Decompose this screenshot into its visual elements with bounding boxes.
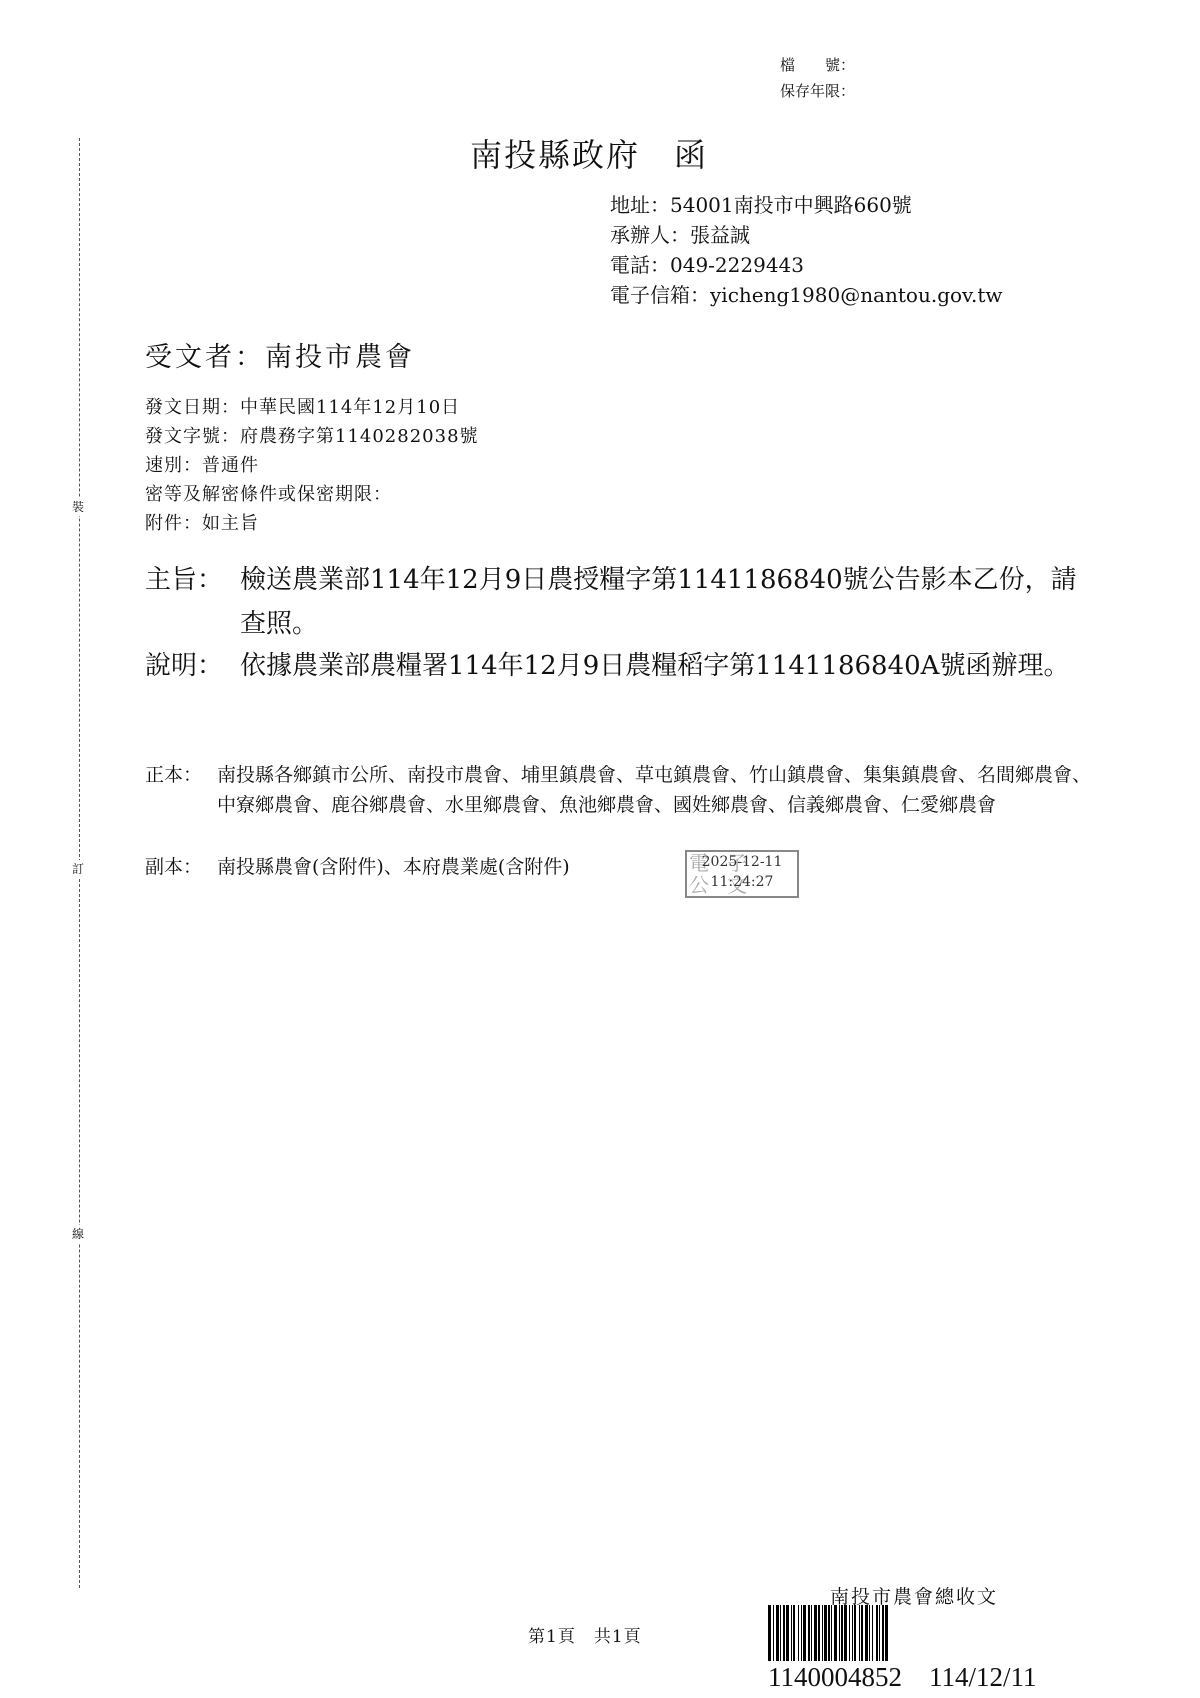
stamp-time: 11:24:27: [687, 872, 797, 892]
barcode: [768, 1605, 1063, 1661]
retention-label: 保存年限：: [780, 78, 855, 104]
stamp-date: 2025-12-11: [687, 852, 797, 872]
handler: 承辦人：張益誠: [610, 220, 1002, 250]
copy-label: 副本：: [145, 852, 217, 882]
barcode-number: 1140004852 114/12/11: [768, 1655, 1037, 1694]
explanation-section: 說明： 依據農業部農糧署114年12月9日農糧稻字第1141186840A號函辦…: [145, 644, 1095, 688]
original-text: 南投縣各鄉鎮市公所、南投市農會、埔里鎮農會、草屯鎮農會、竹山鎮農會、集集鎮農會、…: [217, 760, 1095, 820]
e-document-exchange-stamp: 電子公文交換章 2025-12-11 11:24:27: [685, 850, 799, 898]
copy-text: 南投縣農會(含附件)、本府農業處(含附件): [217, 852, 685, 882]
document-title: 南投縣政府 函: [470, 130, 708, 176]
subject-section: 主旨： 檢送農業部114年12月9日農授糧字第1141186840號公告影本乙份…: [145, 558, 1095, 646]
binding-mark-xian: 線: [72, 1225, 84, 1243]
original-recipients: 正本： 南投縣各鄉鎮市公所、南投市農會、埔里鎮農會、草屯鎮農會、竹山鎮農會、集集…: [145, 760, 1095, 820]
binding-mark-zhuang: 裝: [72, 498, 84, 516]
document-number: 發文字號：府農務字第1140282038號: [145, 422, 479, 451]
phone: 電話：049-2229443: [610, 250, 1002, 280]
meta-block: 發文日期：中華民國114年12月10日 發文字號：府農務字第1140282038…: [145, 393, 479, 538]
recipient: 受文者：南投市農會: [145, 335, 415, 374]
contact-block: 地址：54001南投市中興路660號 承辦人：張益誠 電話：049-222944…: [610, 190, 1002, 310]
subject-text: 檢送農業部114年12月9日農授糧字第1141186840號公告影本乙份，請查照…: [240, 558, 1095, 646]
binding-mark-ding: 訂: [72, 860, 84, 878]
email: 電子信箱：yicheng1980@nantou.gov.tw: [610, 280, 1002, 310]
page-number: 第1頁 共1頁: [528, 1622, 642, 1647]
copy-recipients: 副本： 南投縣農會(含附件)、本府農業處(含附件): [145, 852, 685, 882]
archive-info: 檔 號： 保存年限：: [780, 52, 855, 104]
secrecy: 密等及解密條件或保密期限：: [145, 480, 479, 509]
attachment: 附件：如主旨: [145, 509, 479, 538]
explanation-text: 依據農業部農糧署114年12月9日農糧稻字第1141186840A號函辦理。: [240, 644, 1095, 688]
address: 地址：54001南投市中興路660號: [610, 190, 1002, 220]
subject-label: 主旨：: [145, 558, 240, 646]
file-number-label: 檔 號：: [780, 52, 855, 78]
issue-date: 發文日期：中華民國114年12月10日: [145, 393, 479, 422]
explanation-label: 說明：: [145, 644, 240, 688]
speed: 速別：普通件: [145, 451, 479, 480]
original-label: 正本：: [145, 760, 217, 820]
